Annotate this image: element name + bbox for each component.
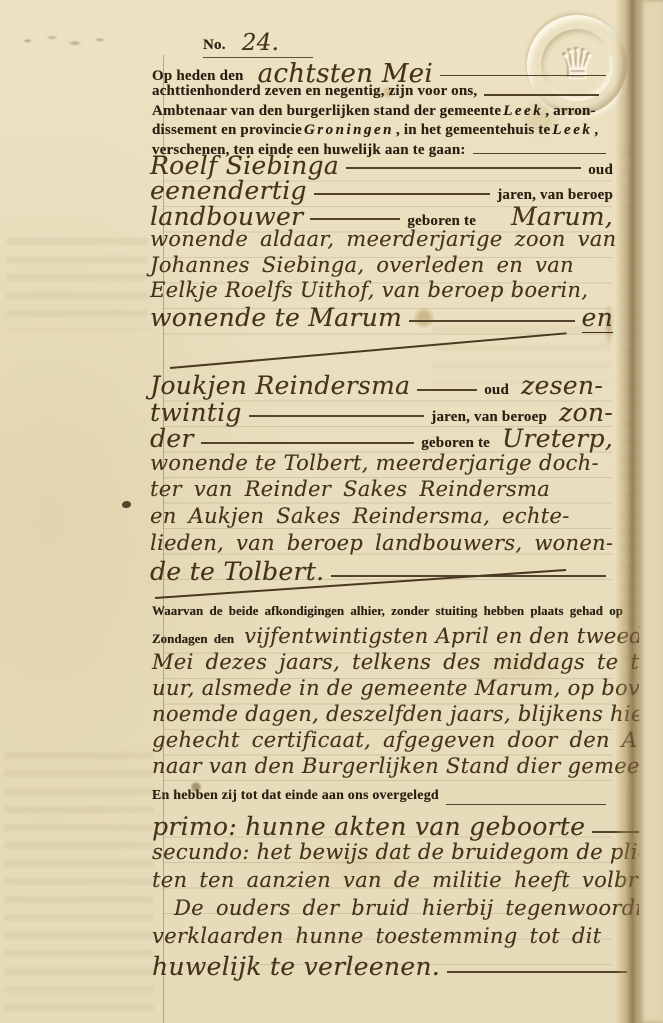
banns-hand-2: Mei dezes jaars, telkens des middags te … (152, 650, 663, 674)
blank-rule (409, 320, 574, 322)
marriage-certificate-scan: ♛ No. 24. Op heden den achtsten Mei acht… (0, 0, 663, 1023)
banns-hand-row-6: naar van den Burgerlijken Stand dier gem… (152, 754, 613, 780)
intro-province-text: dissement en provincie (152, 122, 302, 139)
marriage-date-handwritten: achtsten Mei (258, 59, 433, 89)
bride-occupation-part2: der (150, 424, 194, 453)
groom-occupation-row: landbouwer geboren te Marum, (150, 202, 613, 227)
groom-section: Roelf Siebinga oud eenendertig jaren, va… (150, 151, 613, 329)
bride-name: Joukjen Reindersma (150, 371, 410, 400)
parents-consent-row-2: verklaarden hunne toestemming tot dit (152, 924, 613, 952)
act-number-value: 24. (242, 30, 279, 56)
blank-rule (446, 804, 606, 806)
spacer (483, 218, 504, 220)
bleedthrough-left-upper (6, 238, 148, 330)
bride-mother-row: en Aukjen Sakes Reindersma, echte- (150, 504, 613, 531)
banns-hand-4: noemde dagen, deszelfden jaars, blijkens… (152, 702, 663, 726)
intro-official-text-cont: , arron- (545, 103, 595, 120)
intro-date-row: Op heden den achtsten Mei (152, 57, 613, 83)
banns-hand-row-2: Mei dezes jaars, telkens des middags te … (152, 650, 613, 676)
parents-consent-row-3: huwelijk te verleenen. (152, 952, 613, 980)
bride-father: ter van Reinder Sakes Reindersma (150, 477, 550, 501)
bride-mother: en Aukjen Sakes Reindersma, echte- (150, 504, 570, 528)
blank-rule (314, 193, 491, 195)
banns-dates-handwritten: vijfentwintigsten April en den tweeden (244, 624, 663, 648)
groom-father-row: Johannes Siebinga, overleden en van (150, 253, 613, 278)
province-name: Groningen (302, 122, 396, 139)
blank-rule (484, 94, 599, 96)
banns-hand-3: uur, alsmede in de gemeente Marum, op bo… (152, 676, 663, 700)
groom-father: Johannes Siebinga, overleden en van (150, 253, 574, 277)
parents-consent-3: huwelijk te verleenen. (152, 952, 440, 981)
banns-hand-row-5: gehecht certificaat, afgegeven door den … (152, 728, 613, 754)
bride-birthplace-label: geboren te (421, 435, 490, 452)
ink-dot-left-margin (122, 501, 131, 508)
documents-primo-row: primo: hunne akten van geboorte (152, 812, 613, 840)
intro-townhall-text: , in het gemeentehuis te (396, 122, 550, 139)
documents-section: En hebben zij tot dat einde aan ons over… (152, 788, 613, 980)
documents-printed-row: En hebben zij tot dat einde aan ons over… (152, 788, 613, 812)
blank-rule (417, 389, 477, 391)
banns-section: Waarvan de beide afkondigingen alhier, z… (152, 603, 613, 780)
connector-word-en: en (582, 303, 614, 333)
groom-residence: wonende aldaar, meerderjarige zoon van (150, 227, 616, 251)
blank-rule (249, 415, 425, 417)
banns-sundays-label: Zondagen den (152, 631, 234, 647)
banns-printed-text: Waarvan de beide afkondigingen alhier, z… (152, 603, 623, 624)
bride-age-label: oud (484, 382, 509, 399)
bleedthrough-left-lower (4, 752, 154, 1014)
parents-consent-2: verklaarden hunne toestemming tot dit (152, 924, 601, 948)
documents-secundo: secundo: het bewijs dat de bruidegom de … (152, 840, 663, 864)
groom-age-label: oud (588, 162, 613, 179)
parents-consent-1: De ouders der bruid hierbij tegenwoordig (174, 896, 656, 920)
banns-hand-6: naar van den Burgerlijken Stand dier gem… (152, 754, 663, 778)
groom-age-row: eenendertig jaren, van beroep (150, 176, 613, 201)
intro-comma: , (594, 122, 598, 139)
bride-parents-row: lieden, van beroep landbouwers, wonen- (150, 531, 613, 558)
intro-official-row: Ambtenaar van den burgerlijken stand der… (152, 103, 613, 123)
groom-name-row: Roelf Siebinga oud (150, 151, 613, 176)
bride-residence-row: wonende te Tolbert, meerderjarige doch- (150, 451, 613, 478)
groom-mother-residence-row: wonende te Marum en (150, 303, 613, 328)
adjacent-page-edge (639, 0, 663, 1023)
bride-father-row: ter van Reinder Sakes Reindersma (150, 477, 613, 504)
bride-parents-residence: de te Tolbert. (150, 557, 324, 586)
bride-occupation-label: jaren, van beroep (431, 409, 547, 426)
blank-rule (346, 167, 581, 169)
blank-rule (201, 442, 415, 444)
documents-primo: primo: hunne akten van geboorte (152, 812, 585, 841)
intro-province-row: dissement en provincie Groningen , in he… (152, 122, 613, 142)
bride-section: Joukjen Reindersma oud zesen- twintig ja… (150, 371, 613, 584)
blank-rule (310, 218, 400, 220)
banns-hand-row-4: noemde dagen, deszelfden jaars, blijkens… (152, 702, 613, 728)
bride-name-row: Joukjen Reindersma oud zesen- (150, 371, 613, 398)
bride-occupation-part1: zon- (559, 398, 613, 427)
banns-printed-row: Waarvan de beide afkondigingen alhier, z… (152, 603, 613, 624)
documents-secundo-row: secundo: het bewijs dat de bruidegom de … (152, 840, 613, 868)
groom-mother: Eelkje Roelfs Uithof, van beroep boerin, (150, 278, 588, 302)
groom-mother-residence: wonende te Marum (150, 303, 402, 332)
groom-residence-row: wonende aldaar, meerderjarige zoon van (150, 227, 613, 252)
bride-birthplace: Ureterp, (502, 424, 613, 453)
parents-consent-row-1: De ouders der bruid hierbij tegenwoordig (152, 896, 613, 924)
intro-section: Op heden den achtsten Mei achttienhonder… (152, 57, 613, 161)
documents-printed-text: En hebben zij tot dat einde aan ons over… (152, 788, 439, 804)
blank-rule (447, 971, 627, 973)
bride-residence: wonende te Tolbert, meerderjarige doch- (150, 451, 599, 475)
act-number-label: No. (203, 37, 226, 54)
bride-occupation-row: der geboren te Ureterp, (150, 424, 613, 451)
banns-sundays-row: Zondagen den vijfentwintigsten April en … (152, 624, 613, 650)
ink-smudge-top-left (16, 31, 111, 53)
documents-militia-row: ten ten aanzien van de militie heeft vol… (152, 868, 613, 896)
bride-parents: lieden, van beroep landbouwers, wonen- (150, 531, 613, 555)
municipality-name: Leek (501, 103, 545, 120)
banns-hand-row-3: uur, alsmede in de gemeente Marum, op bo… (152, 676, 613, 702)
groom-mother-row: Eelkje Roelfs Uithof, van beroep boerin, (150, 278, 613, 303)
book-gutter-shadow (615, 0, 639, 1023)
bride-age-part1: zesen- (521, 371, 603, 400)
bride-age-row: twintig jaren, van beroep zon- (150, 398, 613, 425)
act-number-row: No. 24. (203, 29, 313, 58)
bride-age-part2: twintig (150, 398, 242, 427)
banns-hand-5: gehecht certificaat, afgegeven door den … (152, 728, 663, 752)
documents-militia: ten ten aanzien van de militie heeft vol… (152, 868, 663, 892)
townhall-place-name: Leek (550, 122, 594, 139)
blank-rule (440, 75, 606, 77)
intro-official-text: Ambtenaar van den burgerlijken stand der… (152, 103, 501, 120)
